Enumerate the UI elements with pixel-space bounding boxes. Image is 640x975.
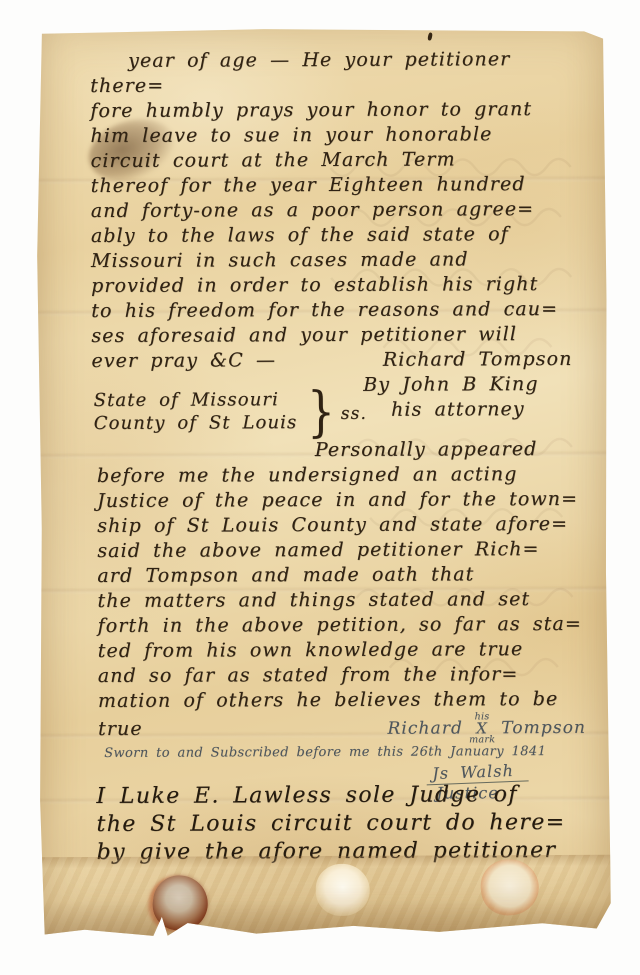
ink-spot: [427, 32, 433, 41]
petitioner-signature: Richard Tompson: [383, 347, 587, 373]
venue-county: County of St Louis: [94, 411, 298, 435]
judge-order: I Luke E. Lawless sole Judge of the St L…: [96, 781, 590, 867]
scan-background: year of age — He your petitioner there= …: [0, 0, 640, 975]
venue-lines: State of Missouri County of St Louis: [94, 388, 298, 435]
wax-seal-faded-icon: [316, 864, 370, 916]
petition-line: ably to the laws of the said state of: [91, 222, 586, 249]
venue-ss: ss.: [341, 402, 367, 425]
mark-signature: Richard his X mark Tompson: [387, 712, 586, 745]
jurat-line: Sworn to and Subscribed before me this 2…: [104, 744, 596, 761]
affidavit-line: forth in the above petition, so far as s…: [98, 612, 590, 639]
affidavit-line: and so far as stated from the infor=: [98, 662, 590, 689]
affidavit-line: the matters and things stated and set: [97, 587, 589, 614]
petition-line: year of age — He your petitioner there=: [90, 47, 585, 99]
venue-brace: }: [307, 399, 335, 422]
his-mark-x: his X mark: [469, 712, 495, 745]
petition-line: fore humbly prays your honor to grant: [90, 97, 585, 124]
affidavit-line: before me the undersigned an acting: [97, 462, 589, 489]
petition-body: year of age — He your petitioner there= …: [90, 47, 587, 424]
petition-line: circuit court at the March Term: [91, 147, 586, 174]
order-line: I Luke E. Lawless sole Judge of: [96, 781, 590, 811]
mark-first-name: Richard: [387, 716, 463, 741]
petition-line: Missouri in such cases made and: [91, 247, 586, 274]
affidavit-line: ard Tompson and made oath that: [97, 562, 589, 589]
petition-line: ses aforesaid and your petitioner will: [91, 322, 586, 349]
affidavit-body: Personally appeared before me the unders…: [97, 437, 590, 747]
affidavit-line: ted from his own knowledge are true: [98, 637, 590, 664]
petition-line: ever pray &C —: [91, 348, 276, 374]
affidavit-line: Justice of the peace in and for the town…: [97, 487, 589, 514]
affidavit-line: said the above named petitioner Rich=: [97, 537, 589, 564]
petition-line: thereof for the year Eighteen hundred: [91, 172, 586, 199]
affidavit-closing-row: true Richard his X mark Tompson: [98, 712, 590, 747]
affidavit-line: ship of St Louis County and state afore=: [97, 512, 589, 539]
affidavit-line: mation of others he believes them to be: [98, 687, 590, 714]
order-line: the St Louis circuit court do here=: [96, 809, 590, 839]
document-paper: year of age — He your petitioner there= …: [35, 27, 611, 937]
petition-line: provided in order to establish his right: [91, 272, 586, 299]
affidavit-line: true: [98, 717, 143, 742]
petition-line: to his freedom for the reasons and cau=: [91, 297, 586, 324]
mark-last-name: Tompson: [501, 716, 586, 741]
venue-block: State of Missouri County of St Louis } s…: [94, 388, 367, 435]
petition-closing-row: ever pray &C — Richard Tompson: [91, 347, 586, 374]
petition-line: him leave to sue in your honorable: [90, 122, 585, 149]
venue-state: State of Missouri: [94, 388, 298, 412]
petition-line: and forty-one as a poor person agree=: [91, 197, 586, 224]
affidavit-opening: Personally appeared: [315, 437, 589, 463]
